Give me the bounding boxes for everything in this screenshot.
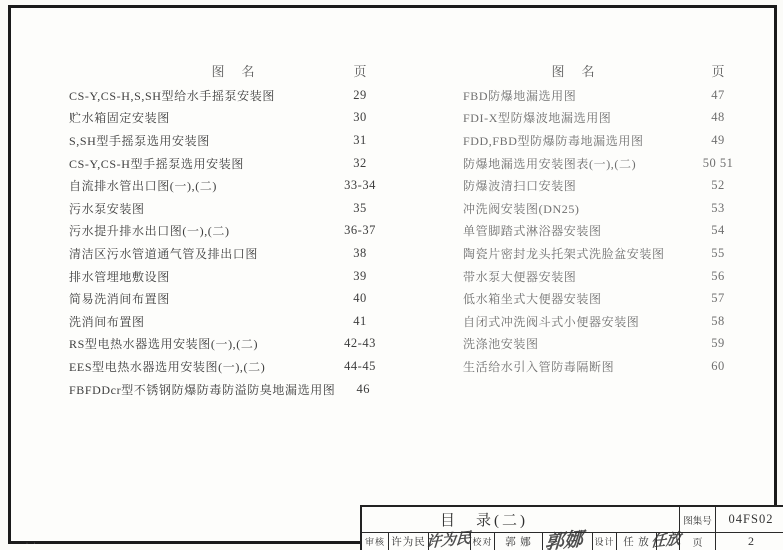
column-header-page: 页	[329, 61, 391, 80]
toc-entry: EES型电热水器选用安装图(一),(二)44-45	[69, 355, 391, 378]
entry-page: 56	[685, 269, 751, 284]
entry-page: 53	[685, 201, 751, 216]
entry-page: 44-45	[329, 359, 391, 374]
atlas-number-value: 04FS02	[715, 507, 783, 532]
review-label: 审核	[362, 532, 388, 550]
entry-title: RS型电热水器选用安装图(一),(二)	[69, 335, 329, 352]
entry-page: 46	[335, 382, 391, 397]
reviewer-signature-cell: 许为民	[428, 532, 470, 550]
entry-title: 防爆地漏选用安装图表(一),(二)	[463, 155, 685, 172]
entry-page: 31	[329, 133, 391, 148]
entry-page: 58	[685, 314, 751, 329]
entry-page: 48	[685, 110, 751, 125]
entry-page: 32	[329, 156, 391, 171]
entry-title: 防爆波清扫口安装图	[463, 177, 685, 194]
entry-title: CS-Y,CS-H型手摇泵选用安装图	[69, 155, 329, 172]
entry-title: FDD,FBD型防爆防毒地漏选用图	[463, 132, 685, 149]
entry-title: 洗消间布置图	[69, 313, 329, 330]
entry-page: 55	[685, 246, 751, 261]
toc-entry: 简易洗消间布置图40	[69, 287, 391, 310]
toc-entry: 冲洗阀安装图(DN25)53	[463, 197, 751, 220]
atlas-number-label: 图集号	[679, 507, 715, 532]
toc-entry: CS-Y,CS-H,S,SH型给水手摇泵安装图29	[69, 84, 391, 107]
toc-entry: 防爆地漏选用安装图表(一),(二)50 51	[463, 152, 751, 175]
toc-entry: 污水泵安装图35	[69, 197, 391, 220]
reviewer-name: 许为民	[388, 532, 428, 550]
drawing-sheet-frame: 图 名 页 CS-Y,CS-H,S,SH型给水手摇泵安装图29 贮水箱固定安装图…	[8, 5, 777, 544]
toc-entry: 洗涤池安装图59	[463, 333, 751, 356]
proofread-label: 校对	[470, 532, 494, 550]
entry-page: 30	[329, 110, 391, 125]
entry-page: 42-43	[329, 336, 391, 351]
entry-title: EES型电热水器选用安装图(一),(二)	[69, 358, 329, 375]
sheet-title: 目 录(二)	[362, 507, 679, 532]
toc-entry: RS型电热水器选用安装图(一),(二)42-43	[69, 333, 391, 356]
entry-page: 57	[685, 291, 751, 306]
toc-entry: 防爆波清扫口安装图52	[463, 174, 751, 197]
entry-page: 39	[329, 269, 391, 284]
entry-title: 排水管埋地敷设图	[69, 268, 329, 285]
page-number: 2	[715, 532, 783, 550]
toc-entry: 污水提升排水出口图(一),(二)36-37	[69, 220, 391, 243]
entry-page: 52	[685, 178, 751, 193]
toc-entry: 自流排水管出口图(一),(二)33-34	[69, 174, 391, 197]
entry-page: 49	[685, 133, 751, 148]
proofreader-signature-cell: 郭娜	[542, 532, 592, 550]
proofreader-name: 郭 娜	[494, 532, 542, 550]
toc-entry: 带水泵大便器安装图56	[463, 265, 751, 288]
designer-name: 任 放	[616, 532, 656, 550]
toc-column-right: 图 名 页 FBD防爆地漏选用图47 FDI-X型防爆波地漏选用图48 FDD,…	[463, 56, 751, 378]
toc-entry: 单管脚踏式淋浴器安装图54	[463, 220, 751, 243]
entry-page: 60	[685, 359, 751, 374]
entry-page: 29	[329, 88, 391, 103]
entry-title: CS-Y,CS-H,S,SH型给水手摇泵安装图	[69, 87, 329, 104]
entry-page: 54	[685, 223, 751, 238]
entry-title: FBD防爆地漏选用图	[463, 87, 685, 104]
entry-page: 59	[685, 336, 751, 351]
entry-title: 带水泵大便器安装图	[463, 268, 685, 285]
toc-entry: S,SH型手摇泵选用安装图31	[69, 129, 391, 152]
page-label: 页	[679, 532, 715, 550]
toc-entry: FDD,FBD型防爆防毒地漏选用图49	[463, 129, 751, 152]
scan-artifact: · ·	[26, 541, 38, 547]
entry-page: 41	[329, 314, 391, 329]
entry-title: 洗涤池安装图	[463, 335, 685, 352]
toc-entry: 生活给水引入管防毒隔断图60	[463, 355, 751, 378]
toc-header-right: 图 名 页	[463, 56, 751, 84]
toc-entry: 低水箱坐式大便器安装图57	[463, 287, 751, 310]
column-header-figure-name: 图 名	[69, 61, 329, 80]
column-header-figure-name: 图 名	[463, 61, 685, 80]
entry-title: 低水箱坐式大便器安装图	[463, 290, 685, 307]
entry-title: 清洁区污水管道通气管及排出口图	[69, 245, 329, 262]
toc-entry: 洗消间布置图41	[69, 310, 391, 333]
design-label: 设计	[592, 532, 616, 550]
entry-title: 污水泵安装图	[69, 200, 329, 217]
entry-page: 33-34	[329, 178, 391, 193]
entry-title: S,SH型手摇泵选用安装图	[69, 132, 329, 149]
entry-page: 36-37	[329, 223, 391, 238]
entry-title: 冲洗阀安装图(DN25)	[463, 200, 685, 217]
toc-entry: FBD防爆地漏选用图47	[463, 84, 751, 107]
entry-title: FDI-X型防爆波地漏选用图	[463, 109, 685, 126]
toc-entry: 清洁区污水管道通气管及排出口图38	[69, 242, 391, 265]
entry-title: 陶瓷片密封龙头托架式洗脸盆安装图	[463, 245, 685, 262]
entry-page: 38	[329, 246, 391, 261]
toc-entry: 自闭式冲洗阀斗式小便器安装图58	[463, 310, 751, 333]
entry-page: 50 51	[685, 156, 751, 171]
toc-entry: 贮水箱固定安装图30	[69, 107, 391, 130]
entry-title: 单管脚踏式淋浴器安装图	[463, 222, 685, 239]
entry-page: 40	[329, 291, 391, 306]
entry-title: FBFDDcr型不锈钢防爆防毒防溢防臭地漏选用图	[69, 381, 335, 398]
toc-column-left: 图 名 页 CS-Y,CS-H,S,SH型给水手摇泵安装图29 贮水箱固定安装图…	[69, 56, 391, 400]
entry-title: 贮水箱固定安装图	[69, 109, 329, 126]
entry-title: 自闭式冲洗阀斗式小便器安装图	[463, 313, 685, 330]
entry-title: 自流排水管出口图(一),(二)	[69, 177, 329, 194]
toc-entry: CS-Y,CS-H型手摇泵选用安装图32	[69, 152, 391, 175]
title-block: 目 录(二) 图集号 04FS02 审核 许为民 许为民 校对 郭 娜 郭娜 设…	[360, 505, 783, 550]
entry-title: 简易洗消间布置图	[69, 290, 329, 307]
toc-entry: FBFDDcr型不锈钢防爆防毒防溢防臭地漏选用图46	[69, 378, 391, 401]
toc-entry: FDI-X型防爆波地漏选用图48	[463, 107, 751, 130]
entry-page: 47	[685, 88, 751, 103]
toc-header-left: 图 名 页	[69, 56, 391, 84]
toc-entry: 排水管埋地敷设图39	[69, 265, 391, 288]
entry-title: 生活给水引入管防毒隔断图	[463, 358, 685, 375]
column-header-page: 页	[685, 61, 751, 80]
designer-signature-cell: 任放	[656, 532, 679, 550]
entry-title: 污水提升排水出口图(一),(二)	[69, 222, 329, 239]
entry-page: 35	[329, 201, 391, 216]
toc-entry: 陶瓷片密封龙头托架式洗脸盆安装图55	[463, 242, 751, 265]
